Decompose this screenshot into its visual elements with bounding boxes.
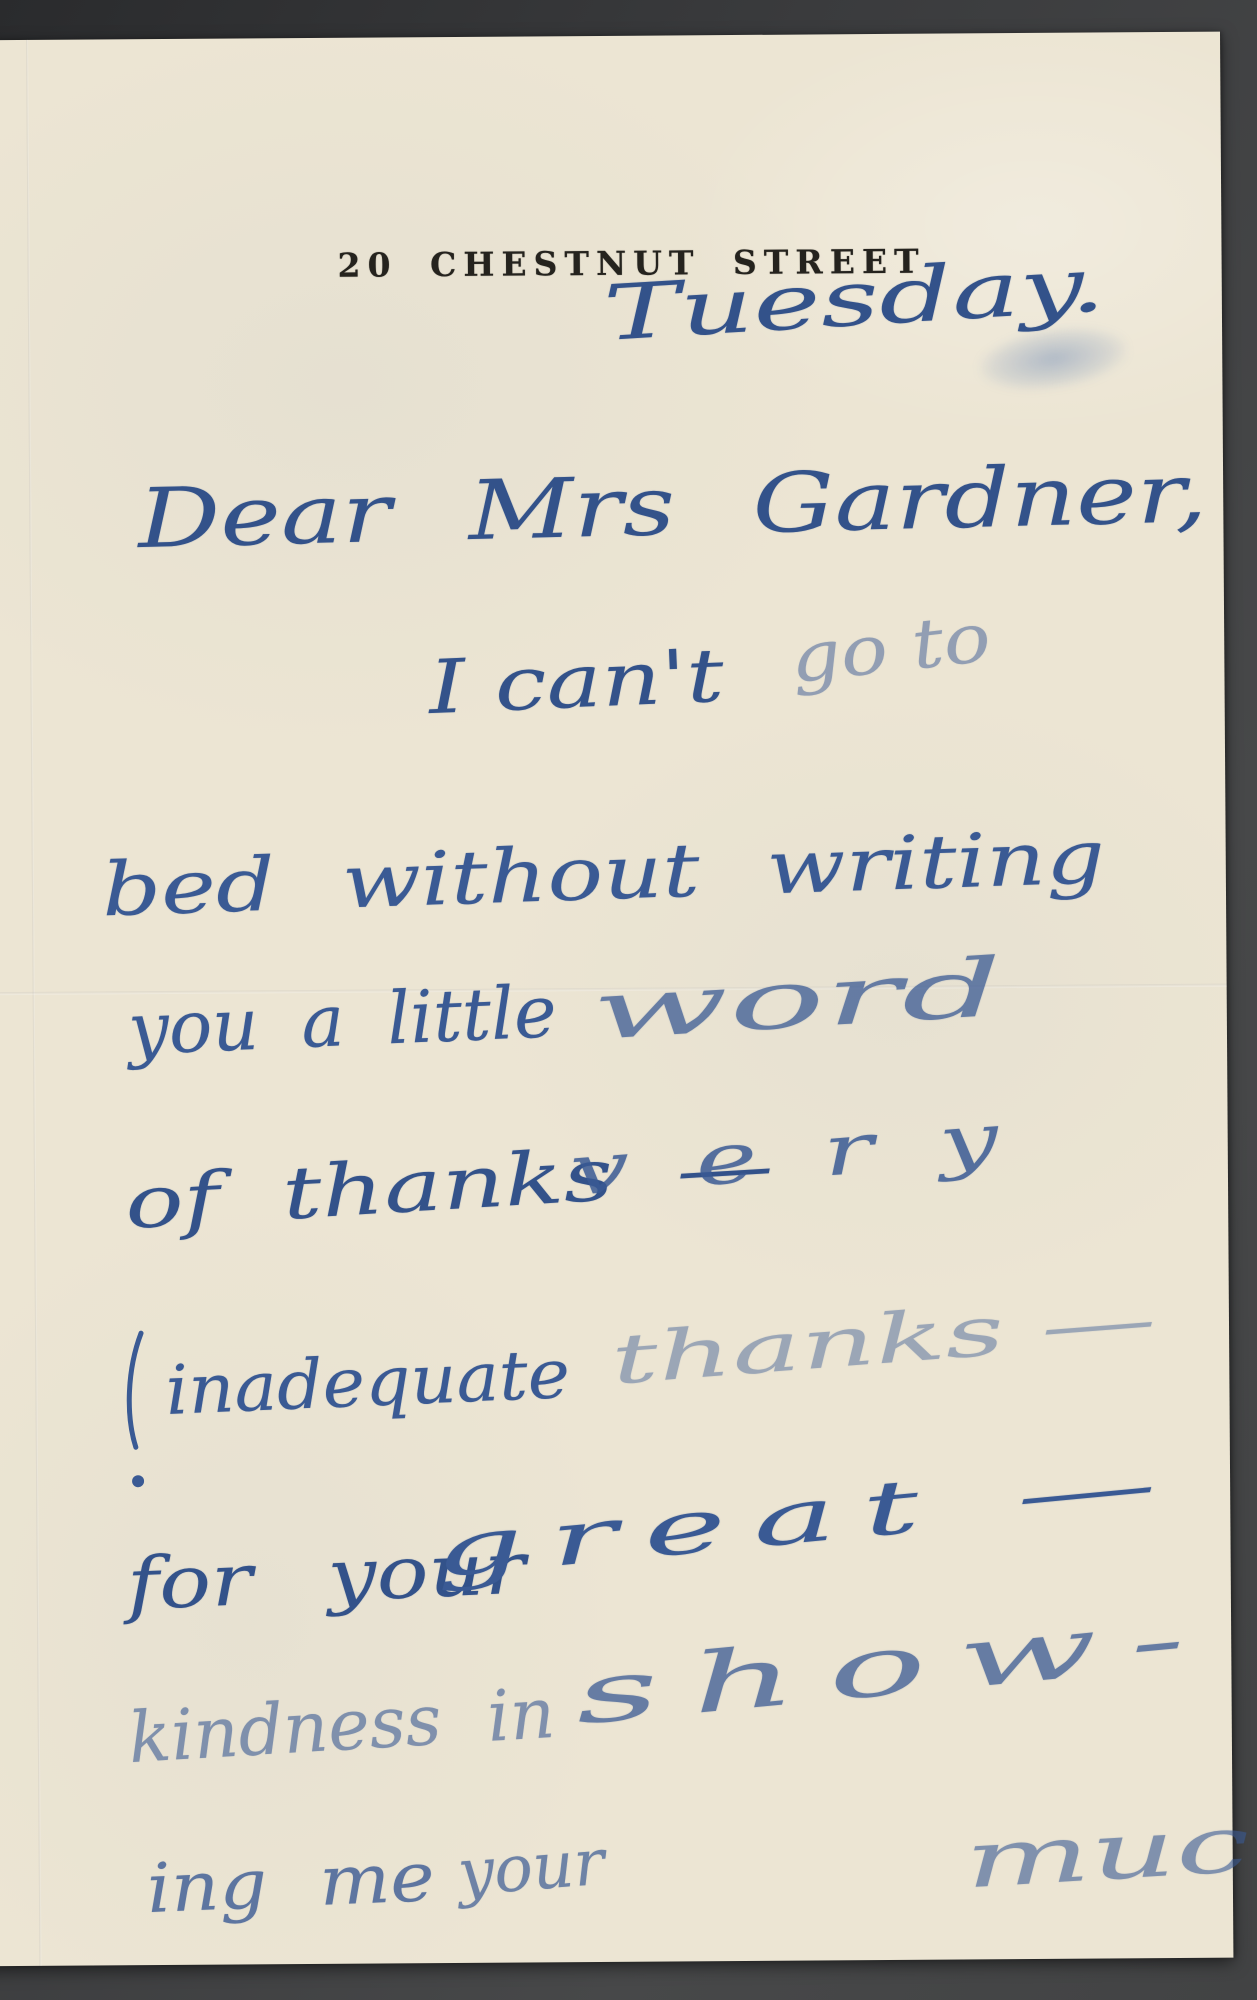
body-word-group: go to <box>787 604 994 694</box>
body-word-group: your <box>456 1831 607 1906</box>
body-word-group: you a little <box>127 975 558 1065</box>
body-word-group: very <box>568 1098 1067 1206</box>
body-word-group: great — <box>430 1444 1186 1588</box>
body-word-group: show- <box>571 1596 1220 1738</box>
body-word-group: word <box>590 948 1006 1052</box>
body-line: bed without writing <box>101 820 1106 927</box>
fold-crease-vertical <box>26 40 41 1966</box>
body-word-group: thanks — <box>609 1286 1159 1396</box>
letter-paper: 20 CHESTNUT STREET Tuesday. Dear Mrs Gar… <box>0 32 1233 1967</box>
body-word-group: inadequate <box>164 1341 571 1426</box>
salutation-line: Dear Mrs Gardner, <box>137 453 1208 561</box>
body-word-group: ing me <box>146 1844 436 1924</box>
body-word-group: much <box>962 1800 1257 1900</box>
ink-stroke-f-tail <box>121 1329 156 1499</box>
scan-background: 20 CHESTNUT STREET Tuesday. Dear Mrs Gar… <box>0 0 1257 2000</box>
body-word-group: kindness in <box>127 1678 557 1773</box>
body-word-group: I can't <box>427 639 725 725</box>
